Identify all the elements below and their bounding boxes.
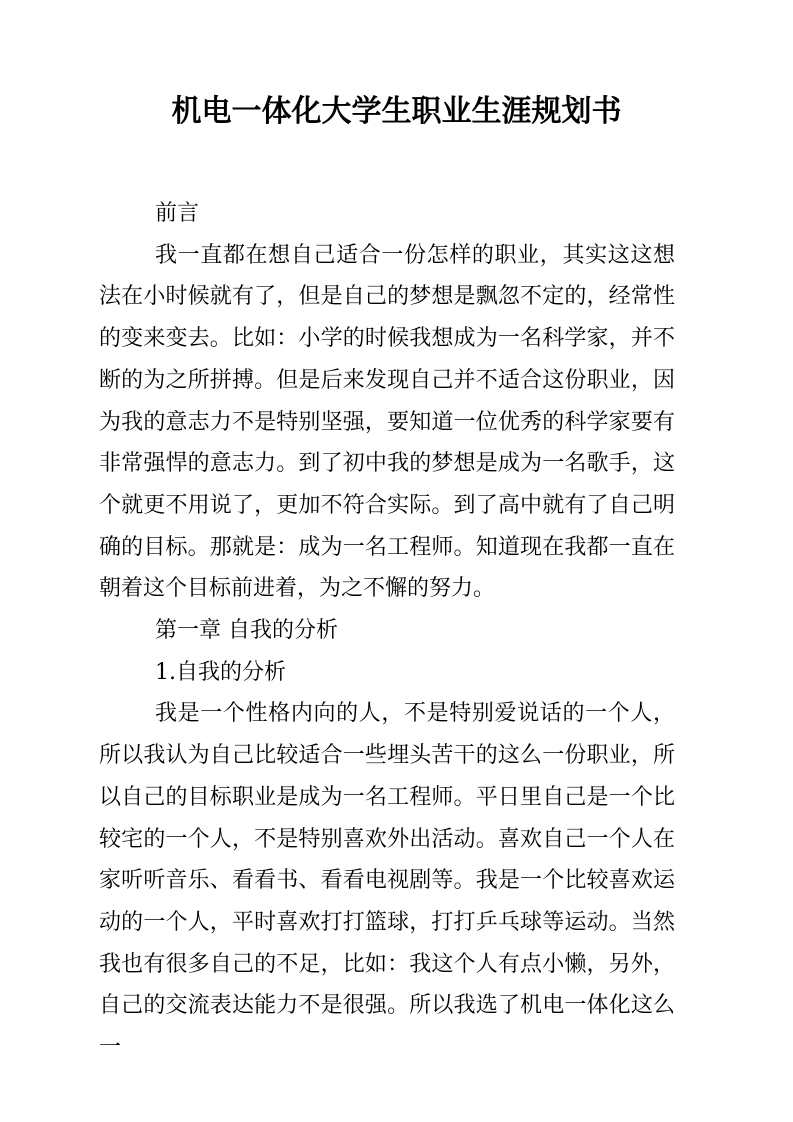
section1-heading: 1.自我的分析 [99,652,675,694]
document-body: 前言 我一直都在想自己适合一份怎样的职业，其实这这想法在小时候就有了，但是自己的… [0,193,793,1069]
document-page: 机电一体化大学生职业生涯规划书 前言 我一直都在想自己适合一份怎样的职业，其实这… [0,0,793,1122]
foreword-heading: 前言 [99,193,675,235]
document-title: 机电一体化大学生职业生涯规划书 [0,0,793,134]
section1-paragraph: 我是一个性格内向的人，不是特别爱说话的一个人，所以我认为自己比较适合一些埋头苦干… [99,693,675,1068]
foreword-paragraph: 我一直都在想自己适合一份怎样的职业，其实这这想法在小时候就有了，但是自己的梦想是… [99,235,675,610]
chapter1-heading: 第一章 自我的分析 [99,610,675,652]
